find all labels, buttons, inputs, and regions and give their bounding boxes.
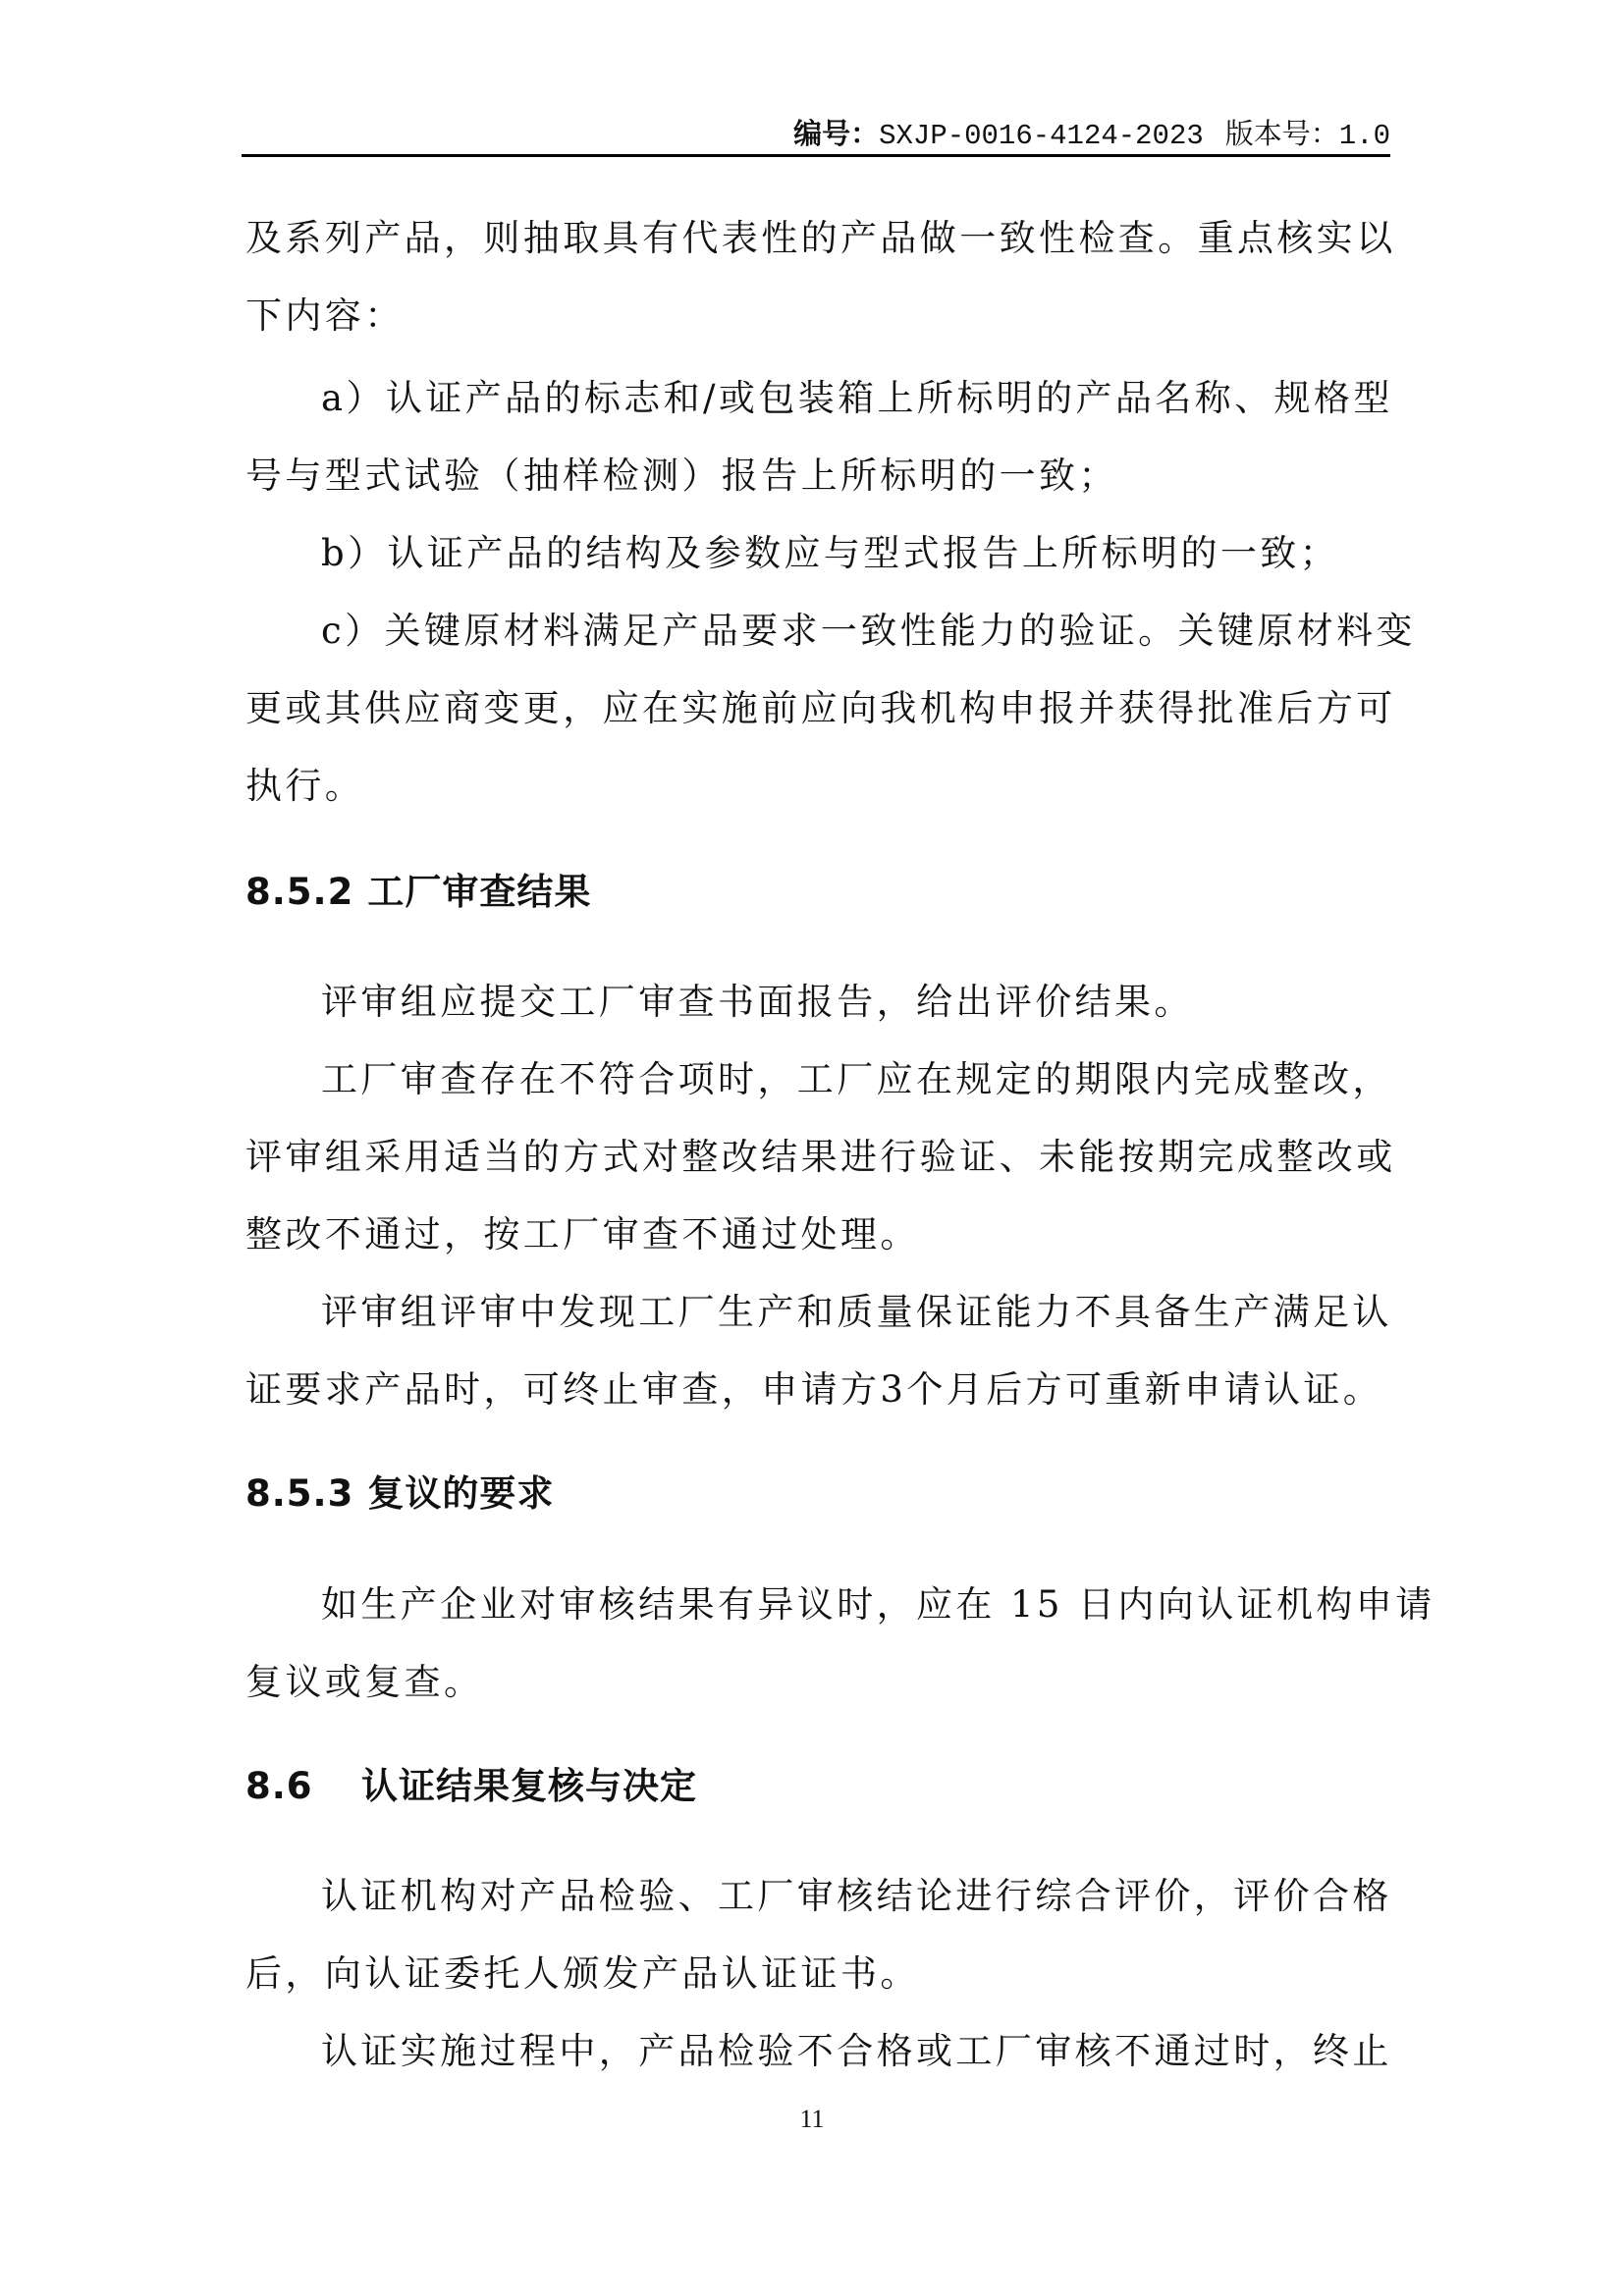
paragraph-line: 评审组采用适当的方式对整改结果进行验证、未能按期完成整改或 bbox=[245, 1135, 1394, 1180]
paragraph-line: 后，向认证委托人颁发产品认证证书。 bbox=[245, 1951, 1394, 1997]
document-code-label: 编号： bbox=[793, 117, 879, 150]
document-page: 编号：SXJP-0016-4124-2023版本号：1.0 及系列产品，则抽取具… bbox=[0, 0, 1624, 2296]
document-code-value: SXJP-0016-4124-2023 bbox=[879, 120, 1204, 152]
section-heading-8-6: 8.6认证结果复核与决定 bbox=[245, 1764, 697, 1809]
section-title: 认证结果复核与决定 bbox=[361, 1765, 697, 1807]
page-header: 编号：SXJP-0016-4124-2023版本号：1.0 bbox=[242, 116, 1390, 155]
paragraph-line: 整改不通过，按工厂审查不通过处理。 bbox=[245, 1212, 1394, 1257]
paragraph-line: 认证实施过程中，产品检验不合格或工厂审核不通过时，终止 bbox=[321, 2029, 1394, 2074]
section-number: 8.6 bbox=[245, 1764, 361, 1809]
list-item-b-line: b）认证产品的结构及参数应与型式报告上所标明的一致； bbox=[321, 531, 1394, 576]
section-title: 复议的要求 bbox=[367, 1472, 554, 1515]
paragraph-line: 证要求产品时，可终止审查，申请方3个月后方可重新申请认证。 bbox=[245, 1367, 1394, 1413]
paragraph-line: 评审组评审中发现工厂生产和质量保证能力不具备生产满足认 bbox=[321, 1290, 1394, 1335]
section-number: 8.5.3 bbox=[245, 1471, 353, 1517]
section-heading-8-5-3: 8.5.3复议的要求 bbox=[245, 1471, 554, 1517]
list-item-c-line: 执行。 bbox=[245, 764, 1394, 809]
paragraph-line: 认证机构对产品检验、工厂审核结论进行综合评价，评价合格 bbox=[321, 1874, 1394, 1919]
version-label: 版本号： bbox=[1225, 117, 1339, 150]
list-item-c-line: 更或其供应商变更，应在实施前应向我机构申报并获得批准后方可 bbox=[245, 686, 1394, 731]
section-title: 工厂审查结果 bbox=[367, 871, 591, 913]
paragraph-line: 工厂审查存在不符合项时，工厂应在规定的期限内完成整改， bbox=[321, 1057, 1394, 1102]
section-number: 8.5.2 bbox=[245, 870, 353, 915]
paragraph-line: 下内容： bbox=[245, 294, 1394, 339]
paragraph-line: 及系列产品，则抽取具有代表性的产品做一致性检查。重点核实以 bbox=[245, 216, 1394, 261]
version-value: 1.0 bbox=[1339, 120, 1390, 152]
list-item-a-line: 号与型式试验（抽样检测）报告上所标明的一致； bbox=[245, 454, 1394, 499]
section-heading-8-5-2: 8.5.2工厂审查结果 bbox=[245, 870, 591, 915]
list-item-a-line: a）认证产品的标志和/或包装箱上所标明的产品名称、规格型 bbox=[321, 376, 1394, 421]
paragraph-line: 复议或复查。 bbox=[245, 1660, 1394, 1705]
header-divider bbox=[242, 154, 1390, 157]
page-number: 11 bbox=[0, 2103, 1624, 2136]
list-item-c-line: c）关键原材料满足产品要求一致性能力的验证。关键原材料变 bbox=[321, 609, 1394, 654]
paragraph-line: 评审组应提交工厂审查书面报告，给出评价结果。 bbox=[321, 980, 1394, 1025]
paragraph-line: 如生产企业对审核结果有异议时，应在 15 日内向认证机构申请 bbox=[321, 1582, 1394, 1628]
